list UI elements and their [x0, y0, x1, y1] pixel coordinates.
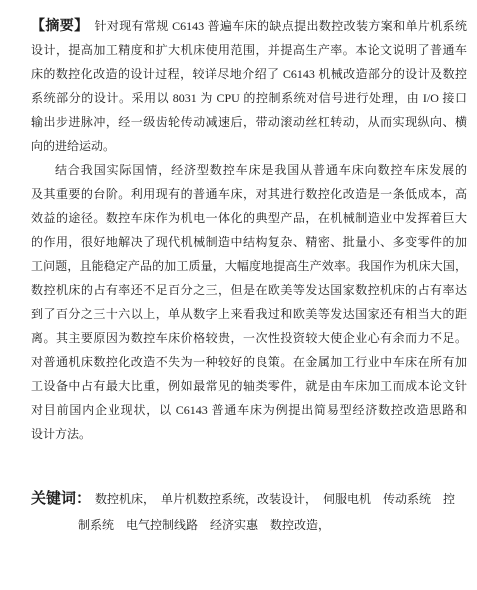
paragraph-line: 对普通机床数控化改造不失为一种较好的良策。在金属加工行业中车床在所有加 [31, 350, 467, 374]
abstract-label: 【摘要】 [31, 19, 89, 34]
paragraph-line: 效益的途径。数控车床作为机电一体化的典型产品，在机械制造业中发挥着巨大 [31, 206, 467, 230]
keywords-line: 关键词：数控机床， 单片机数控系统，改装设计， 伺服电机 传动系统 控 [31, 486, 467, 512]
paragraph-line: 工问题，且能稳定产品的加工质量，大幅度地提高生产效率。我国作为机床大国， [31, 254, 467, 278]
keywords-section: 关键词：数控机床， 单片机数控系统，改装设计， 伺服电机 传动系统 控 制系统 … [31, 486, 467, 538]
paragraph-line: 结合我国实际国情，经济型数控车床是我国从普通车床向数控车床发展的 [31, 158, 467, 182]
paragraph-line: 数控机床的占有率还不足百分之三，但是在欧美等发达国家数控机床的占有率达 [31, 278, 467, 302]
paragraph-line: 工设备中占有最大比重，例如最常见的轴类零件，就是由车床加工而成本论文针 [31, 374, 467, 398]
paragraph-line: 到了百分之三十六以上，单从数字上来看我过和欧美等发达国家还有相当大的距 [31, 302, 467, 326]
body-paragraph: 结合我国实际国情，经济型数控车床是我国从普通车床向数控车床发展的 及其重要的台阶… [31, 158, 467, 446]
paragraph-line: 的作用，很好地解决了现代机械制造中结构复杂、精密、批量小、多变零件的加 [31, 230, 467, 254]
abstract-line: 系统部分的设计。采用以 8031 为 CPU 的控制系统对信号进行处理，由 I/… [31, 86, 467, 110]
abstract-line: 设计，提高加工精度和扩大机床使用范围，并提高生产率。本论文说明了普通车 [31, 38, 467, 62]
abstract-line: 输出步进脉冲，经一级齿轮传动减速后，带动滚动丝杠转动，从而实现纵向、横 [31, 110, 467, 134]
abstract-document-page: 【摘要】针对现有常规 C6143 普遍车床的缺点提出数控改装方案和单片机系统 设… [0, 0, 477, 590]
paragraph-line: 及其重要的台阶。利用现有的普通车床，对其进行数控化改造是一条低成本，高 [31, 182, 467, 206]
abstract-line: 床的数控化改造的设计过程，较详尽地介绍了 C6143 机械改造部分的设计及数控 [31, 62, 467, 86]
abstract-line: 【摘要】针对现有常规 C6143 普遍车床的缺点提出数控改装方案和单片机系统 [31, 14, 467, 38]
keywords-line-text: 数控机床， 单片机数控系统，改装设计， 伺服电机 传动系统 控 [95, 492, 455, 506]
abstract-section: 【摘要】针对现有常规 C6143 普遍车床的缺点提出数控改装方案和单片机系统 设… [31, 14, 467, 158]
abstract-line-text: 针对现有常规 C6143 普遍车床的缺点提出数控改装方案和单片机系统 [95, 19, 468, 33]
paragraph-line: 离。其主要原因为数控车床价格较贵，一次性投资较大使企业心有余而力不足。 [31, 326, 467, 350]
abstract-line: 向的进给运动。 [31, 134, 467, 158]
paragraph-line: 对目前国内企业现状，以 C6143 普通车床为例提出简易型经济数控改造思路和 [31, 398, 467, 422]
keywords-line: 制系统 电气控制线路 经济实惠 数控改造， [31, 512, 467, 538]
keywords-label: 关键词： [31, 491, 91, 507]
paragraph-line: 设计方法。 [31, 422, 467, 446]
